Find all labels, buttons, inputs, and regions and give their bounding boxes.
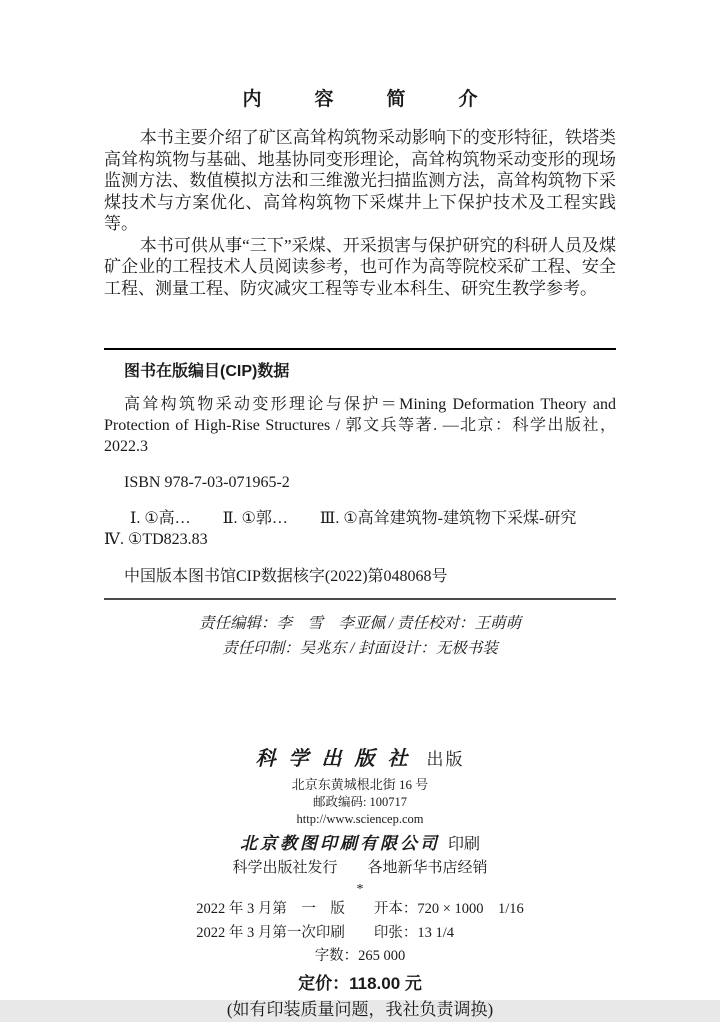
- price-line: 定价：118.00 元: [104, 971, 616, 996]
- cip-classification-line-1: Ⅰ. ①高… Ⅱ. ①郭… Ⅲ. ①高耸建筑物-建筑物下采煤-研究: [104, 508, 616, 529]
- intro-paragraph-1: 本书主要介绍了矿区高耸构筑物采动影响下的变形特征，铁塔类高耸构筑物与基础、地基协…: [104, 127, 616, 235]
- publisher-imprint: 科学出版社 出版 北京东黄城根北街 16 号 邮政编码: 100717 http…: [104, 747, 616, 878]
- printer-role-label: 印刷: [448, 836, 480, 853]
- asterisk-divider: *: [104, 882, 616, 898]
- printer-line: 北京教图印刷有限公司 印刷: [104, 832, 616, 856]
- copyright-page: 内 容 简 介 本书主要介绍了矿区高耸构筑物采动影响下的变形特征，铁塔类高耸构筑…: [0, 0, 720, 1000]
- isbn: ISBN 978-7-03-071965-2: [104, 472, 616, 493]
- cip-box: 图书在版编目(CIP)数据 高耸构筑物采动变形理论与保护＝Mining Defo…: [104, 348, 616, 600]
- edition-block: 2022 年 3 月第 一 版 开本：720 × 1000 1/16 2022 …: [196, 898, 524, 945]
- cip-entry-line-2: Protection of High-Rise Structures / 郭文兵…: [104, 415, 616, 436]
- cip-entry-line-1: 高耸构筑物采动变形理论与保护＝Mining Deformation Theory…: [104, 394, 616, 415]
- distribution-line: 科学出版社发行 各地新华书店经销: [104, 858, 616, 878]
- colophon: * 2022 年 3 月第 一 版 开本：720 × 1000 1/16 202…: [104, 882, 616, 1022]
- publisher-logotype: 科学出版社: [256, 748, 421, 770]
- intro-title: 内 容 简 介: [104, 84, 616, 111]
- publisher-address: 北京东黄城根北街 16 号: [104, 776, 616, 794]
- word-count-line: 字数：265 000: [104, 945, 616, 967]
- printing-run-line: 2022 年 3 月第一次印刷 印张：13 1/4: [196, 922, 524, 946]
- cip-heading: 图书在版编目(CIP)数据: [104, 361, 616, 382]
- intro-section: 内 容 简 介 本书主要介绍了矿区高耸构筑物采动影响下的变形特征，铁塔类高耸构筑…: [104, 84, 616, 299]
- cip-bottom-rule: [104, 598, 616, 600]
- publisher-role-label: 出版: [427, 750, 465, 769]
- credits-printing-line: 责任印制：吴兆东 / 封面设计：无极书装: [104, 636, 616, 661]
- cip-classification-line-2: Ⅳ. ①TD823.83: [104, 529, 616, 550]
- publisher-line: 科学出版社 出版: [104, 747, 616, 773]
- intro-paragraph-2: 本书可供从事“三下”采煤、开采损害与保护研究的科研人员及煤矿企业的工程技术人员阅…: [104, 235, 616, 300]
- publisher-website: http://www.sciencep.com: [104, 811, 616, 828]
- staff-credits: 责任编辑：李 雪 李亚佩 / 责任校对：王萌萌 责任印制：吴兆东 / 封面设计：…: [104, 611, 616, 661]
- printer-logotype: 北京教图印刷有限公司: [240, 834, 440, 853]
- edition-line: 2022 年 3 月第 一 版 开本：720 × 1000 1/16: [196, 898, 524, 922]
- quality-note-line: (如有印装质量问题，我社负责调换): [104, 998, 616, 1022]
- cip-record-number: 中国版本图书馆CIP数据核字(2022)第048068号: [104, 566, 616, 587]
- publisher-postcode: 邮政编码: 100717: [104, 794, 616, 811]
- credits-editors-line: 责任编辑：李 雪 李亚佩 / 责任校对：王萌萌: [104, 611, 616, 636]
- cip-entry-line-3: 2022.3: [104, 436, 616, 457]
